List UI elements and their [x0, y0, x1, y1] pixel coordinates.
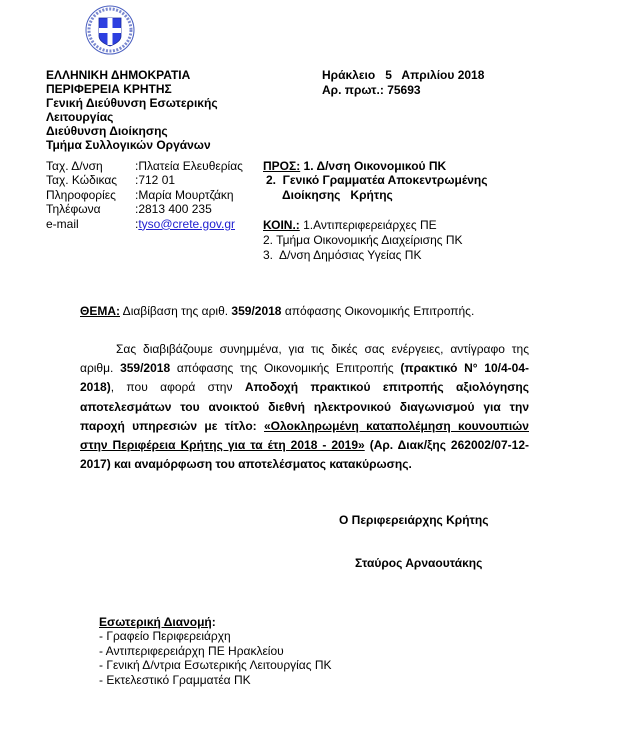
org-line: Γενική Διεύθυνση Εσωτερικής	[46, 96, 218, 110]
decision-number: 359/2018	[120, 361, 170, 375]
contact-row: Τηλέφωνα :2813 400 235	[46, 202, 243, 216]
cc-label: ΚΟΙΝ.:	[263, 218, 300, 232]
subject-text: Διαβίβαση της αριθ.	[120, 304, 231, 318]
recipients-to: ΠΡΟΣ: 1. Δ/νση Οικονομικού ΠΚ 2. Γενικό …	[263, 159, 487, 202]
contact-row-email: e-mail :tyso@crete.gov.gr	[46, 217, 243, 231]
email-link[interactable]: tyso@crete.gov.gr	[138, 217, 235, 231]
distribution-item: - Αντιπεριφερειάρχη ΠΕ Ηρακλείου	[99, 644, 332, 658]
recipient: 2. Γενικό Γραμματέα Αποκεντρωμένης	[263, 173, 487, 187]
issuing-authority: ΕΛΛΗΝΙΚΗ ΔΗΜΟΚΡΑΤΙΑ ΠΕΡΙΦΕΡΕΙΑ ΚΡΗΤΗΣ Γε…	[46, 68, 218, 152]
recipients-cc: ΚΟΙΝ.: 1.Αντιπεριφερειάρχες ΠΕ 2. Τμήμα …	[263, 218, 463, 262]
subject-text: απόφασης Οικονομικής Επιτροπής.	[281, 304, 474, 318]
distribution-title: Εσωτερική Διανομή	[99, 615, 212, 629]
to-label: ΠΡΟΣ:	[263, 159, 300, 173]
cc-recipient: 3. Δ/νση Δημόσιας Υγείας ΠΚ	[263, 248, 463, 263]
distribution-item: - Εκτελεστικό Γραμματέα ΠΚ	[99, 673, 332, 687]
contact-value: :712 01	[135, 173, 175, 187]
org-line: Λειτουργίας	[46, 110, 218, 124]
contact-value: :2813 400 235	[135, 202, 212, 216]
contact-value: :Πλατεία Ελευθερίας	[135, 159, 243, 173]
org-line: ΕΛΛΗΝΙΚΗ ΔΗΜΟΚΡΑΤΙΑ	[46, 68, 218, 82]
body-paragraph: Σας διαβιβάζουμε συνημμένα, για τις δικέ…	[80, 340, 529, 474]
distribution-item: - Γραφείο Περιφερειάρχη	[99, 629, 332, 643]
contact-value: :Μαρία Μουρτζάκη	[135, 188, 234, 202]
protocol-number: Αρ. πρωτ.: 75693	[322, 83, 484, 98]
org-line: ΠΕΡΙΦΕΡΕΙΑ ΚΡΗΤΗΣ	[46, 82, 218, 96]
contact-row: Ταχ. Κώδικας :712 01	[46, 173, 243, 187]
contact-label: Τηλέφωνα	[46, 202, 135, 216]
contact-details: Ταχ. Δ/νση :Πλατεία Ελευθερίας Ταχ. Κώδι…	[46, 159, 243, 231]
contact-label: Ταχ. Δ/νση	[46, 159, 135, 173]
signatory-role: Ο Περιφερειάρχης Κρήτης	[339, 513, 488, 527]
subject-line: ΘΕΜΑ: Διαβίβαση της αριθ. 359/2018 απόφα…	[80, 304, 474, 318]
contact-row: Ταχ. Δ/νση :Πλατεία Ελευθερίας	[46, 159, 243, 173]
place-date: Ηράκλειο 5 Απριλίου 2018	[322, 68, 484, 83]
contact-label: Ταχ. Κώδικας	[46, 173, 135, 187]
coat-of-arms-icon	[84, 4, 136, 56]
org-line: Διεύθυνση Διοίκησης	[46, 124, 218, 138]
body-text: απόφασης της Οικονομικής Επιτροπής	[170, 361, 400, 375]
body-text: , που αφορά στην	[111, 380, 245, 394]
decision-number: 359/2018	[231, 304, 281, 318]
internal-distribution: Εσωτερική Διανομή: - Γραφείο Περιφερειάρ…	[99, 615, 332, 687]
cc-recipient: 1.Αντιπεριφερειάρχες ΠΕ	[303, 218, 437, 232]
contact-row: Πληροφορίες :Μαρία Μουρτζάκη	[46, 188, 243, 202]
recipient: Διοίκησης Κρήτης	[263, 188, 487, 202]
email-label: e-mail	[46, 217, 135, 231]
signatory-name: Σταύρος Αρναουτάκης	[355, 556, 482, 570]
date-protocol-block: Ηράκλειο 5 Απριλίου 2018 Αρ. πρωτ.: 7569…	[322, 68, 484, 97]
subject-label: ΘΕΜΑ:	[80, 304, 120, 318]
contact-label: Πληροφορίες	[46, 188, 135, 202]
org-line: Τμήμα Συλλογικών Οργάνων	[46, 138, 218, 152]
cc-recipient: 2. Τμήμα Οικονομικής Διαχείρισης ΠΚ	[263, 233, 463, 248]
distribution-colon: :	[212, 615, 216, 629]
distribution-item: - Γενική Δ/ντρια Εσωτερικής Λειτουργίας …	[99, 658, 332, 672]
recipient: 1. Δ/νση Οικονομικού ΠΚ	[304, 159, 447, 173]
